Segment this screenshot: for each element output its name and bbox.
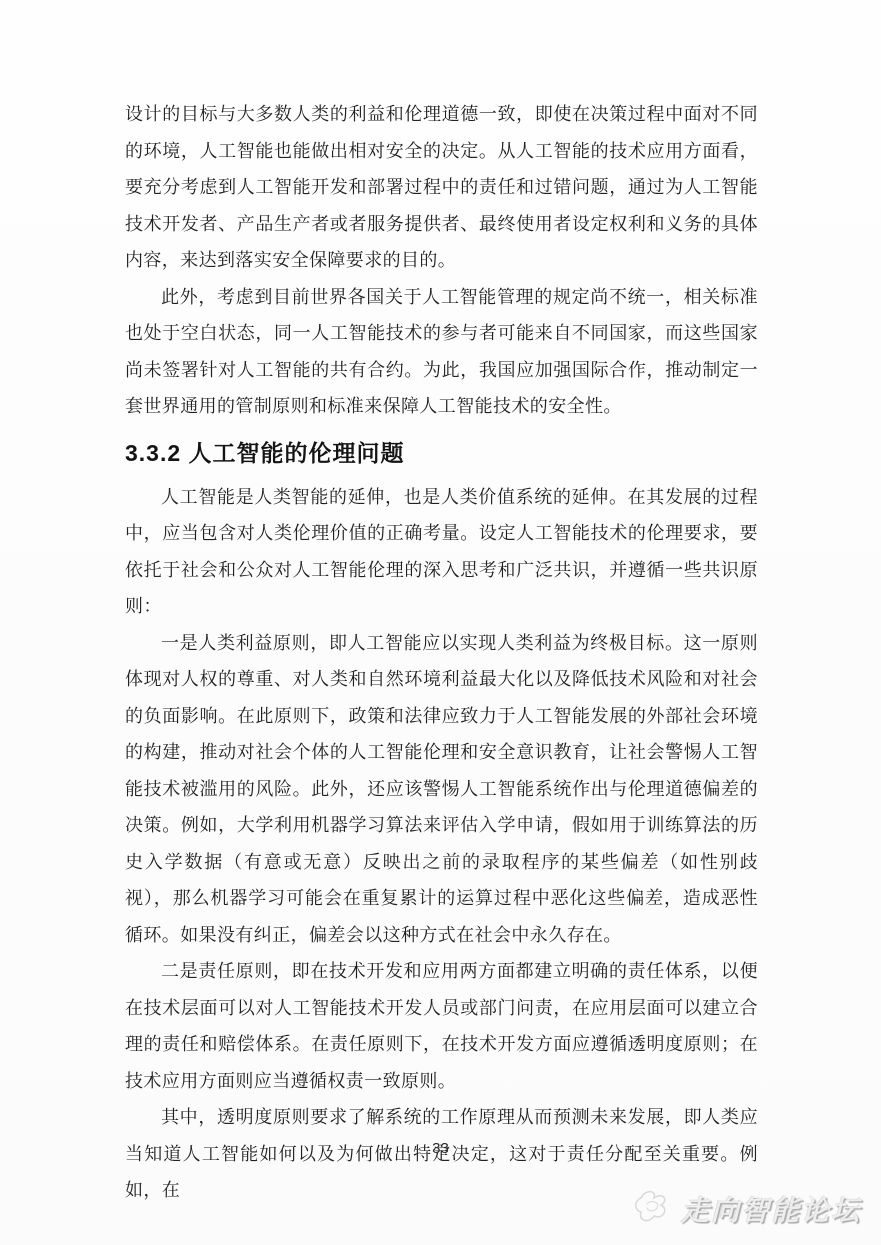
paragraph-principle-human-benefit: 一是人类利益原则，即人工智能应以实现人类利益为终极目标。这一原则体现对人权的尊重…	[125, 625, 758, 954]
paragraph-safety-design-continued: 设计的目标与大多数人类的利益和伦理道德一致，即使在决策过程中面对不同的环境，人工…	[125, 96, 758, 279]
paragraph-principle-responsibility: 二是责任原则，即在技术开发和应用两方面都建立明确的责任体系，以便在技术层面可以对…	[125, 953, 758, 1099]
forum-watermark: 走向智能论坛	[631, 1184, 861, 1233]
dove-icon	[631, 1184, 677, 1233]
page-number: 33	[0, 1140, 881, 1157]
document-page: 设计的目标与大多数人类的利益和伦理道德一致，即使在决策过程中面对不同的环境，人工…	[0, 0, 881, 1245]
paragraph-international-cooperation: 此外，考虑到目前世界各国关于人工智能管理的规定尚不统一，相关标准也处于空白状态，…	[125, 279, 758, 425]
section-heading-3-3-2: 3.3.2 人工智能的伦理问题	[125, 435, 758, 468]
page-body: 设计的目标与大多数人类的利益和伦理道德一致，即使在决策过程中面对不同的环境，人工…	[125, 96, 758, 1209]
watermark-text: 走向智能论坛	[681, 1189, 861, 1229]
paragraph-ethics-intro: 人工智能是人类智能的延伸，也是人类价值系统的延伸。在其发展的过程中，应当包含对人…	[125, 479, 758, 625]
